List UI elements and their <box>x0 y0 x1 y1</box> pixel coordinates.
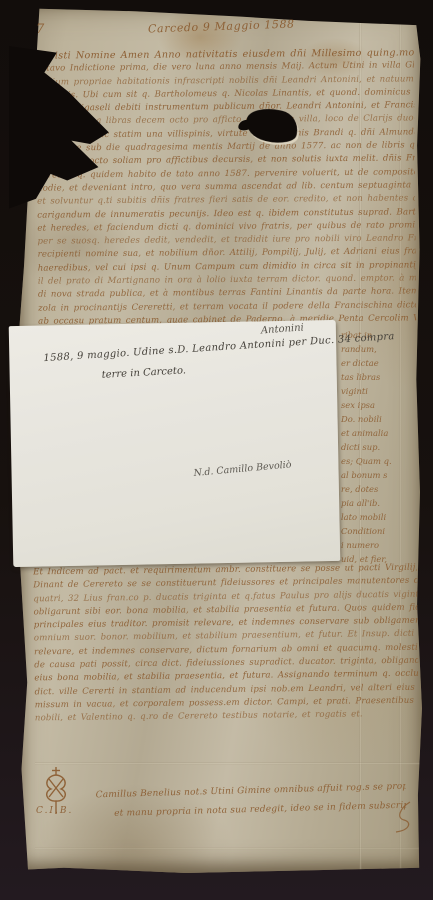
manuscript-fragment: dicti sup. <box>341 440 421 454</box>
scan-stage: 7 Carcedo 9 Maggio 1588 Christi Nomine A… <box>0 0 433 900</box>
manuscript-fragment: re, dotes <box>341 482 421 496</box>
archivist-slip: Antonini 1588, 9 maggio. Udine s.D. Lean… <box>9 320 341 567</box>
manuscript-fragment: lato mobili <box>341 510 421 524</box>
manuscript-fragment: er dictae <box>341 356 421 370</box>
manuscript-fragment: Conditioni <box>341 524 421 538</box>
paraph-flourish-icon <box>390 800 416 834</box>
manuscript-fragment: es; Quam q. <box>341 454 421 468</box>
manuscript-fragment: Do. nobili <box>341 412 421 426</box>
deed-lower-text: Et Indicem ad pact. et requirimentum amb… <box>33 562 419 733</box>
manuscript-fragment: tas libras <box>341 370 421 384</box>
horizontal-crease <box>35 847 430 850</box>
manuscript-fragment: sex ipsa <box>341 398 421 412</box>
manuscript-fragment: al bonum s <box>341 468 421 482</box>
notary-subscription: Camillus Benelius not.s Utini Gimine omn… <box>95 778 406 831</box>
manuscript-fragment: viginti <box>341 384 421 398</box>
manuscript-fragment: i numero <box>341 538 421 552</box>
deed-text-right-strip: ribat inrandum,er dictaetas librasvigint… <box>341 328 421 566</box>
slip-signature: N.d. Camillo Bevoliò <box>193 459 292 479</box>
corner-mark: 7 <box>36 22 44 37</box>
manuscript-fragment: pia all'ib. <box>341 496 421 510</box>
notary-initials: C.I.B. <box>36 806 73 816</box>
manuscript-fragment: et animalia <box>341 426 421 440</box>
deed-upper-text: Christi Nomine Amen Anno nativitatis eiu… <box>36 46 416 327</box>
horizontal-crease <box>35 762 430 765</box>
slip-summary-line-2: terre in Carceto. <box>101 365 186 381</box>
slip-heading-name: Antonini <box>261 322 305 336</box>
